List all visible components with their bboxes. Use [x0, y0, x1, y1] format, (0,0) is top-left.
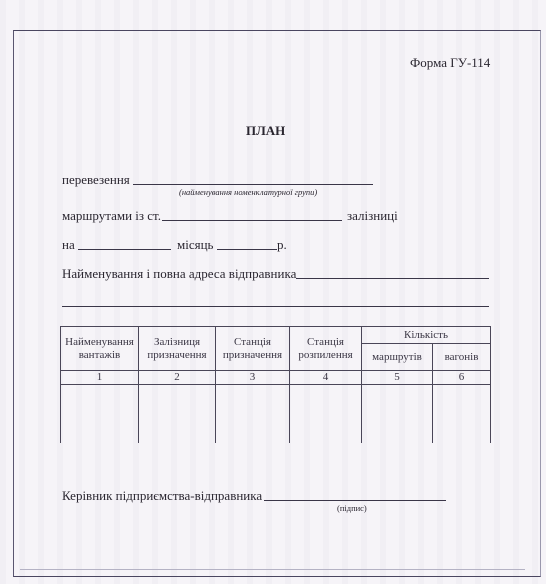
transport-label: перевезення	[62, 172, 130, 188]
column-number: 6	[433, 371, 491, 385]
table-header-row: Найменування вантажів Залізниця призначе…	[61, 327, 491, 344]
header-wagons-count: вагонів	[433, 344, 491, 371]
header-destination-railway: Залізниця призначення	[139, 327, 216, 371]
cell-destination-railway[interactable]	[139, 385, 216, 444]
header-quantity-group: Кількість	[362, 327, 491, 344]
signature-field[interactable]	[264, 500, 446, 501]
cargo-plan-table: Найменування вантажів Залізниця призначе…	[60, 326, 491, 443]
header-routes-count: маршрутів	[362, 344, 433, 371]
header-dispersal-station: Станція розпилення	[290, 327, 362, 371]
column-number: 4	[290, 371, 362, 385]
railway-label: залізниці	[347, 208, 398, 224]
column-number: 2	[139, 371, 216, 385]
column-number: 5	[362, 371, 433, 385]
routes-station-field[interactable]	[162, 220, 342, 221]
cell-cargo-name[interactable]	[61, 385, 139, 444]
cell-destination-station[interactable]	[216, 385, 290, 444]
on-label: на	[62, 237, 75, 253]
on-field[interactable]	[78, 249, 171, 250]
year-suffix: р.	[277, 237, 287, 253]
column-number: 3	[216, 371, 290, 385]
document-title: ПЛАН	[246, 123, 285, 139]
table-row	[61, 385, 491, 444]
transport-caption: (найменування номенклатурної групи)	[179, 187, 317, 197]
signature-caption: (підпис)	[337, 503, 367, 513]
cell-dispersal-station[interactable]	[290, 385, 362, 444]
column-number: 1	[61, 371, 139, 385]
sender-field-line2[interactable]	[62, 306, 489, 307]
year-field[interactable]	[217, 249, 277, 250]
form-code: Форма ГУ-114	[410, 55, 490, 71]
header-cargo-name: Найменування вантажів	[61, 327, 139, 371]
transport-field[interactable]	[133, 184, 373, 185]
cell-routes-count[interactable]	[362, 385, 433, 444]
header-destination-station: Станція призначення	[216, 327, 290, 371]
signature-label: Керівник підприємства-відправника	[62, 488, 262, 504]
cell-wagons-count[interactable]	[433, 385, 491, 444]
sender-field[interactable]	[296, 278, 489, 279]
month-label: місяць	[177, 237, 213, 253]
table-column-numbers-row: 1 2 3 4 5 6	[61, 371, 491, 385]
routes-label: маршрутами із ст.	[62, 208, 161, 224]
frame-inner-bottom-line	[20, 569, 525, 570]
sender-label: Найменування і повна адреса відправника	[62, 266, 296, 282]
